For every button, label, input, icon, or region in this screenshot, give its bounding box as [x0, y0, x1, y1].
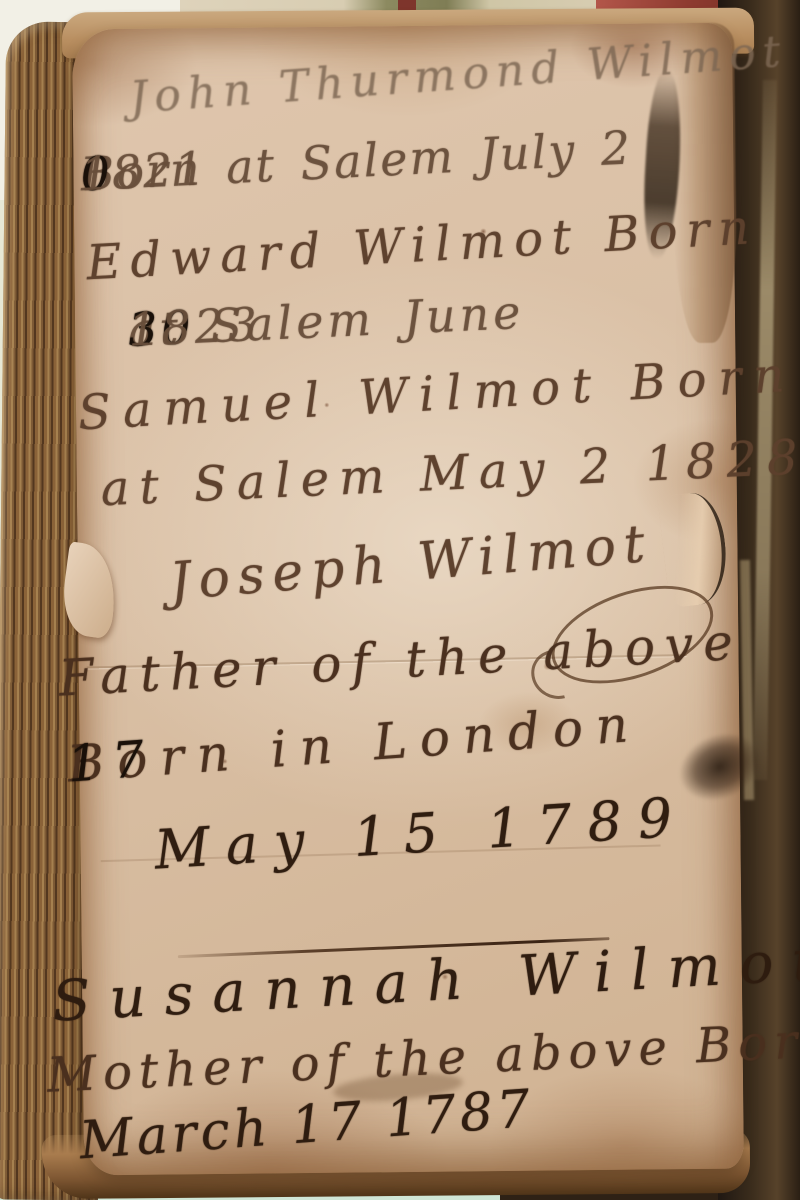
- smudged-digits: 17: [65, 729, 159, 793]
- record-line-may-15-1789: May 15 1789: [153, 785, 690, 881]
- record-line-edward-wilmot: Edward Wilmot Born: [85, 199, 760, 291]
- record-text: 1821: [79, 141, 207, 201]
- photo-of-old-book-page: John Thurmond Wilmot Born at Salem July …: [0, 0, 800, 1200]
- record-line-father-of-the-above: Father of the above: [57, 613, 744, 708]
- record-line-samuel-wilmot: Samuel Wilmot Born: [77, 347, 798, 442]
- record-text: 1823: [127, 297, 262, 357]
- manuscript-page: John Thurmond Wilmot Born at Salem July …: [72, 23, 744, 1176]
- record-line-joseph-wilmot: Joseph Wilmot: [167, 514, 654, 613]
